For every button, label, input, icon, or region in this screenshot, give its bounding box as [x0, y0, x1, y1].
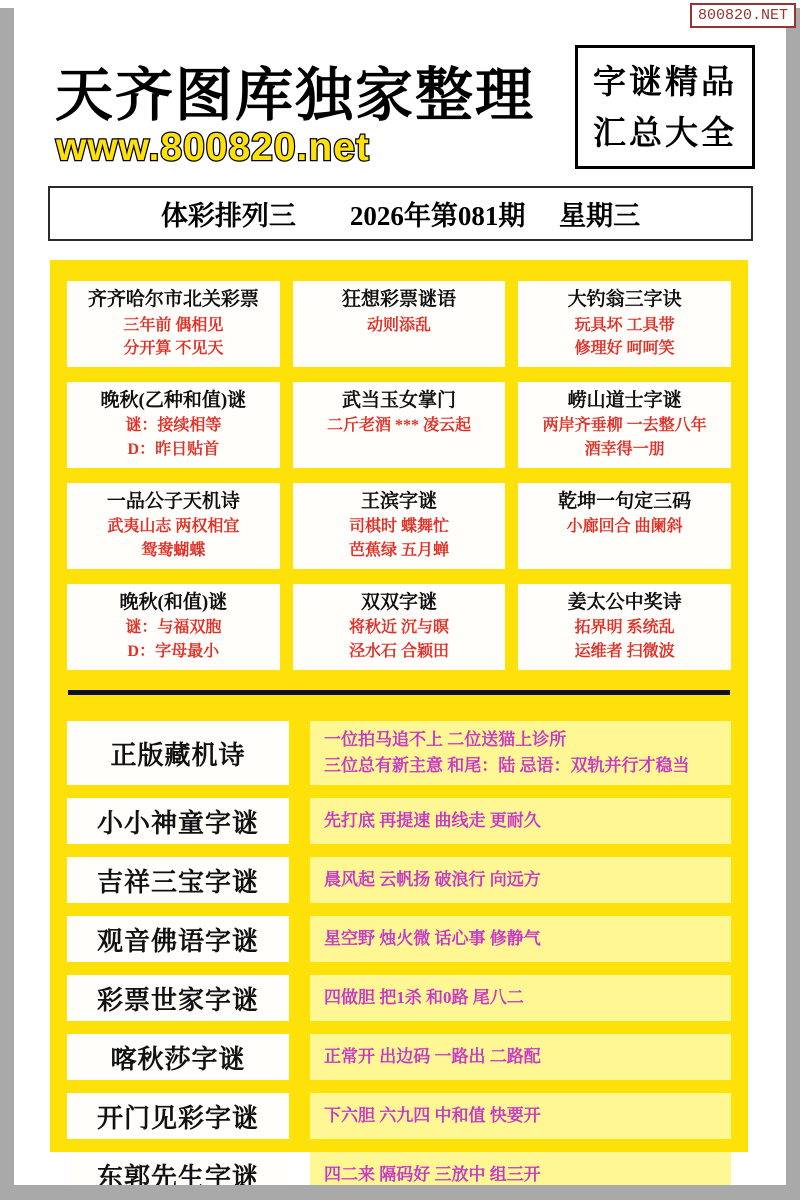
riddle-text-line: 四做胆 把1杀 和0路 尾八二 — [324, 985, 717, 1011]
riddle-text-line: 正常开 出边码 一路出 二路配 — [324, 1044, 717, 1070]
puzzle-cell-line: 玩具坏 工具带 — [521, 314, 728, 337]
section-divider — [68, 690, 730, 695]
puzzle-cell-line: 三年前 偶相见 — [70, 314, 277, 337]
puzzle-cell-line: 芭蕉绿 五月蝉 — [296, 539, 503, 562]
puzzle-cell-title: 齐齐哈尔市北关彩票 — [70, 286, 277, 314]
riddle-panel: 齐齐哈尔市北关彩票 三年前 偶相见 分开算 不见天 狂想彩票谜语 动则添乱 大钓… — [50, 260, 748, 1152]
puzzle-cell-line: 拓界明 系统乱 — [521, 616, 728, 639]
riddle-text-line: 晨风起 云帆扬 破浪行 向远方 — [324, 867, 717, 893]
riddle-text-line: 先打底 再提速 曲线走 更耐久 — [324, 808, 717, 834]
puzzle-cell: 王滨字谜 司棋时 蝶舞忙 芭蕉绿 五月蝉 — [293, 483, 506, 569]
puzzle-cell-title: 狂想彩票谜语 — [296, 286, 503, 314]
puzzle-cell-title: 双双字谜 — [296, 589, 503, 617]
riddle-text-line: 三位总有新主意 和尾：陆 忌语：双轨并行才稳当 — [324, 753, 717, 779]
category-box-line2: 汇总大全 — [593, 107, 737, 158]
riddle-row: 观音佛语字谜 星空野 烛火微 话心事 修静气 — [67, 916, 731, 962]
riddle-text: 四做胆 把1杀 和0路 尾八二 — [310, 975, 731, 1021]
riddle-list: 正版藏机诗 一位拍马追不上 二位送猫上诊所 三位总有新主意 和尾：陆 忌语：双轨… — [67, 721, 731, 1199]
page-title: 天齐图库独家整理 — [55, 48, 555, 132]
puzzle-cell-title: 晚秋(乙种和值)谜 — [70, 387, 277, 415]
issue-bar: 体彩排列三 2026年第081期 星期三 — [48, 186, 753, 241]
riddle-row: 开门见彩字谜 下六胆 六九四 中和值 快要开 — [67, 1093, 731, 1139]
puzzle-cell-line: 谜：接续相等 — [70, 414, 277, 437]
footer-bar — [0, 1185, 800, 1200]
riddle-text: 一位拍马追不上 二位送猫上诊所 三位总有新主意 和尾：陆 忌语：双轨并行才稳当 — [310, 721, 731, 786]
puzzle-cell-title: 姜太公中奖诗 — [521, 589, 728, 617]
riddle-source-label: 彩票世家字谜 — [67, 975, 289, 1021]
site-url: www.800820.net — [56, 126, 370, 170]
right-margin-strip — [786, 8, 800, 1185]
riddle-text: 晨风起 云帆扬 破浪行 向远方 — [310, 857, 731, 903]
puzzle-cell-title: 大钓翁三字诀 — [521, 286, 728, 314]
puzzle-cell: 乾坤一句定三码 小廊回合 曲阑斜 — [518, 483, 731, 569]
riddle-row: 吉祥三宝字谜 晨风起 云帆扬 破浪行 向远方 — [67, 857, 731, 903]
puzzle-cell-title: 崂山道士字谜 — [521, 387, 728, 415]
puzzle-cell-line: 酒幸得一朋 — [521, 438, 728, 461]
category-box: 字谜精品 汇总大全 — [575, 45, 755, 169]
riddle-row: 小小神童字谜 先打底 再提速 曲线走 更耐久 — [67, 798, 731, 844]
puzzle-cell-line: D：昨日贴首 — [70, 438, 277, 461]
puzzle-cell: 崂山道士字谜 两岸齐垂柳 一去整八年 酒幸得一朋 — [518, 382, 731, 468]
riddle-text: 正常开 出边码 一路出 二路配 — [310, 1034, 731, 1080]
puzzle-cell: 一品公子天机诗 武夷山志 两权相宜 鸳鸯蝴蝶 — [67, 483, 280, 569]
riddle-source-label: 喀秋莎字谜 — [67, 1034, 289, 1080]
riddle-text: 先打底 再提速 曲线走 更耐久 — [310, 798, 731, 844]
riddle-row: 正版藏机诗 一位拍马追不上 二位送猫上诊所 三位总有新主意 和尾：陆 忌语：双轨… — [67, 721, 731, 786]
puzzle-cell-title: 晚秋(和值)谜 — [70, 589, 277, 617]
puzzle-cell-line: 鸳鸯蝴蝶 — [70, 539, 277, 562]
puzzle-cell-line: 运维者 扫微波 — [521, 640, 728, 663]
riddle-source-label: 正版藏机诗 — [67, 721, 289, 786]
riddle-text-line: 一位拍马追不上 二位送猫上诊所 — [324, 727, 717, 753]
puzzle-cell-title: 乾坤一句定三码 — [521, 488, 728, 516]
puzzle-cell-line: 二斤老酒 *** 凌云起 — [296, 414, 503, 437]
puzzle-cell-line: D：字母最小 — [70, 640, 277, 663]
puzzle-cell: 狂想彩票谜语 动则添乱 — [293, 281, 506, 367]
riddle-row: 彩票世家字谜 四做胆 把1杀 和0路 尾八二 — [67, 975, 731, 1021]
page: 800820.NET 天齐图库独家整理 www.800820.net 字谜精品 … — [0, 0, 800, 1200]
puzzle-cell: 晚秋(乙种和值)谜 谜：接续相等 D：昨日贴首 — [67, 382, 280, 468]
puzzle-cell: 双双字谜 将秋近 沉与暝 泾水石 合颖田 — [293, 584, 506, 670]
puzzle-cell-line: 司棋时 蝶舞忙 — [296, 515, 503, 538]
puzzle-cell-title: 一品公子天机诗 — [70, 488, 277, 516]
puzzle-cell: 晚秋(和值)谜 谜：与福双胞 D：字母最小 — [67, 584, 280, 670]
puzzle-cell-line: 武夷山志 两权相宜 — [70, 515, 277, 538]
puzzle-cell-line: 动则添乱 — [296, 314, 503, 337]
puzzle-cell-line: 将秋近 沉与暝 — [296, 616, 503, 639]
riddle-row: 喀秋莎字谜 正常开 出边码 一路出 二路配 — [67, 1034, 731, 1080]
puzzle-cell: 姜太公中奖诗 拓界明 系统乱 运维者 扫微波 — [518, 584, 731, 670]
riddle-source-label: 吉祥三宝字谜 — [67, 857, 289, 903]
left-margin-strip — [0, 8, 14, 1185]
puzzle-cell-line: 小廊回合 曲阑斜 — [521, 515, 728, 538]
riddle-text: 星空野 烛火微 话心事 修静气 — [310, 916, 731, 962]
puzzle-cell-title: 武当玉女掌门 — [296, 387, 503, 415]
puzzle-cell-line: 谜：与福双胞 — [70, 616, 277, 639]
category-box-line1: 字谜精品 — [593, 56, 737, 107]
riddle-grid: 齐齐哈尔市北关彩票 三年前 偶相见 分开算 不见天 狂想彩票谜语 动则添乱 大钓… — [67, 281, 731, 670]
site-badge: 800820.NET — [690, 3, 796, 28]
puzzle-cell: 齐齐哈尔市北关彩票 三年前 偶相见 分开算 不见天 — [67, 281, 280, 367]
puzzle-cell: 武当玉女掌门 二斤老酒 *** 凌云起 — [293, 382, 506, 468]
puzzle-cell-title: 王滨字谜 — [296, 488, 503, 516]
puzzle-cell-line: 两岸齐垂柳 一去整八年 — [521, 414, 728, 437]
riddle-text-line: 下六胆 六九四 中和值 快要开 — [324, 1103, 717, 1129]
riddle-source-label: 小小神童字谜 — [67, 798, 289, 844]
puzzle-cell-line: 修理好 呵呵笑 — [521, 337, 728, 360]
puzzle-cell-line: 分开算 不见天 — [70, 337, 277, 360]
riddle-source-label: 开门见彩字谜 — [67, 1093, 289, 1139]
riddle-source-label: 观音佛语字谜 — [67, 916, 289, 962]
puzzle-cell: 大钓翁三字诀 玩具坏 工具带 修理好 呵呵笑 — [518, 281, 731, 367]
riddle-text-line: 星空野 烛火微 话心事 修静气 — [324, 926, 717, 952]
puzzle-cell-line: 泾水石 合颖田 — [296, 640, 503, 663]
riddle-text: 下六胆 六九四 中和值 快要开 — [310, 1093, 731, 1139]
